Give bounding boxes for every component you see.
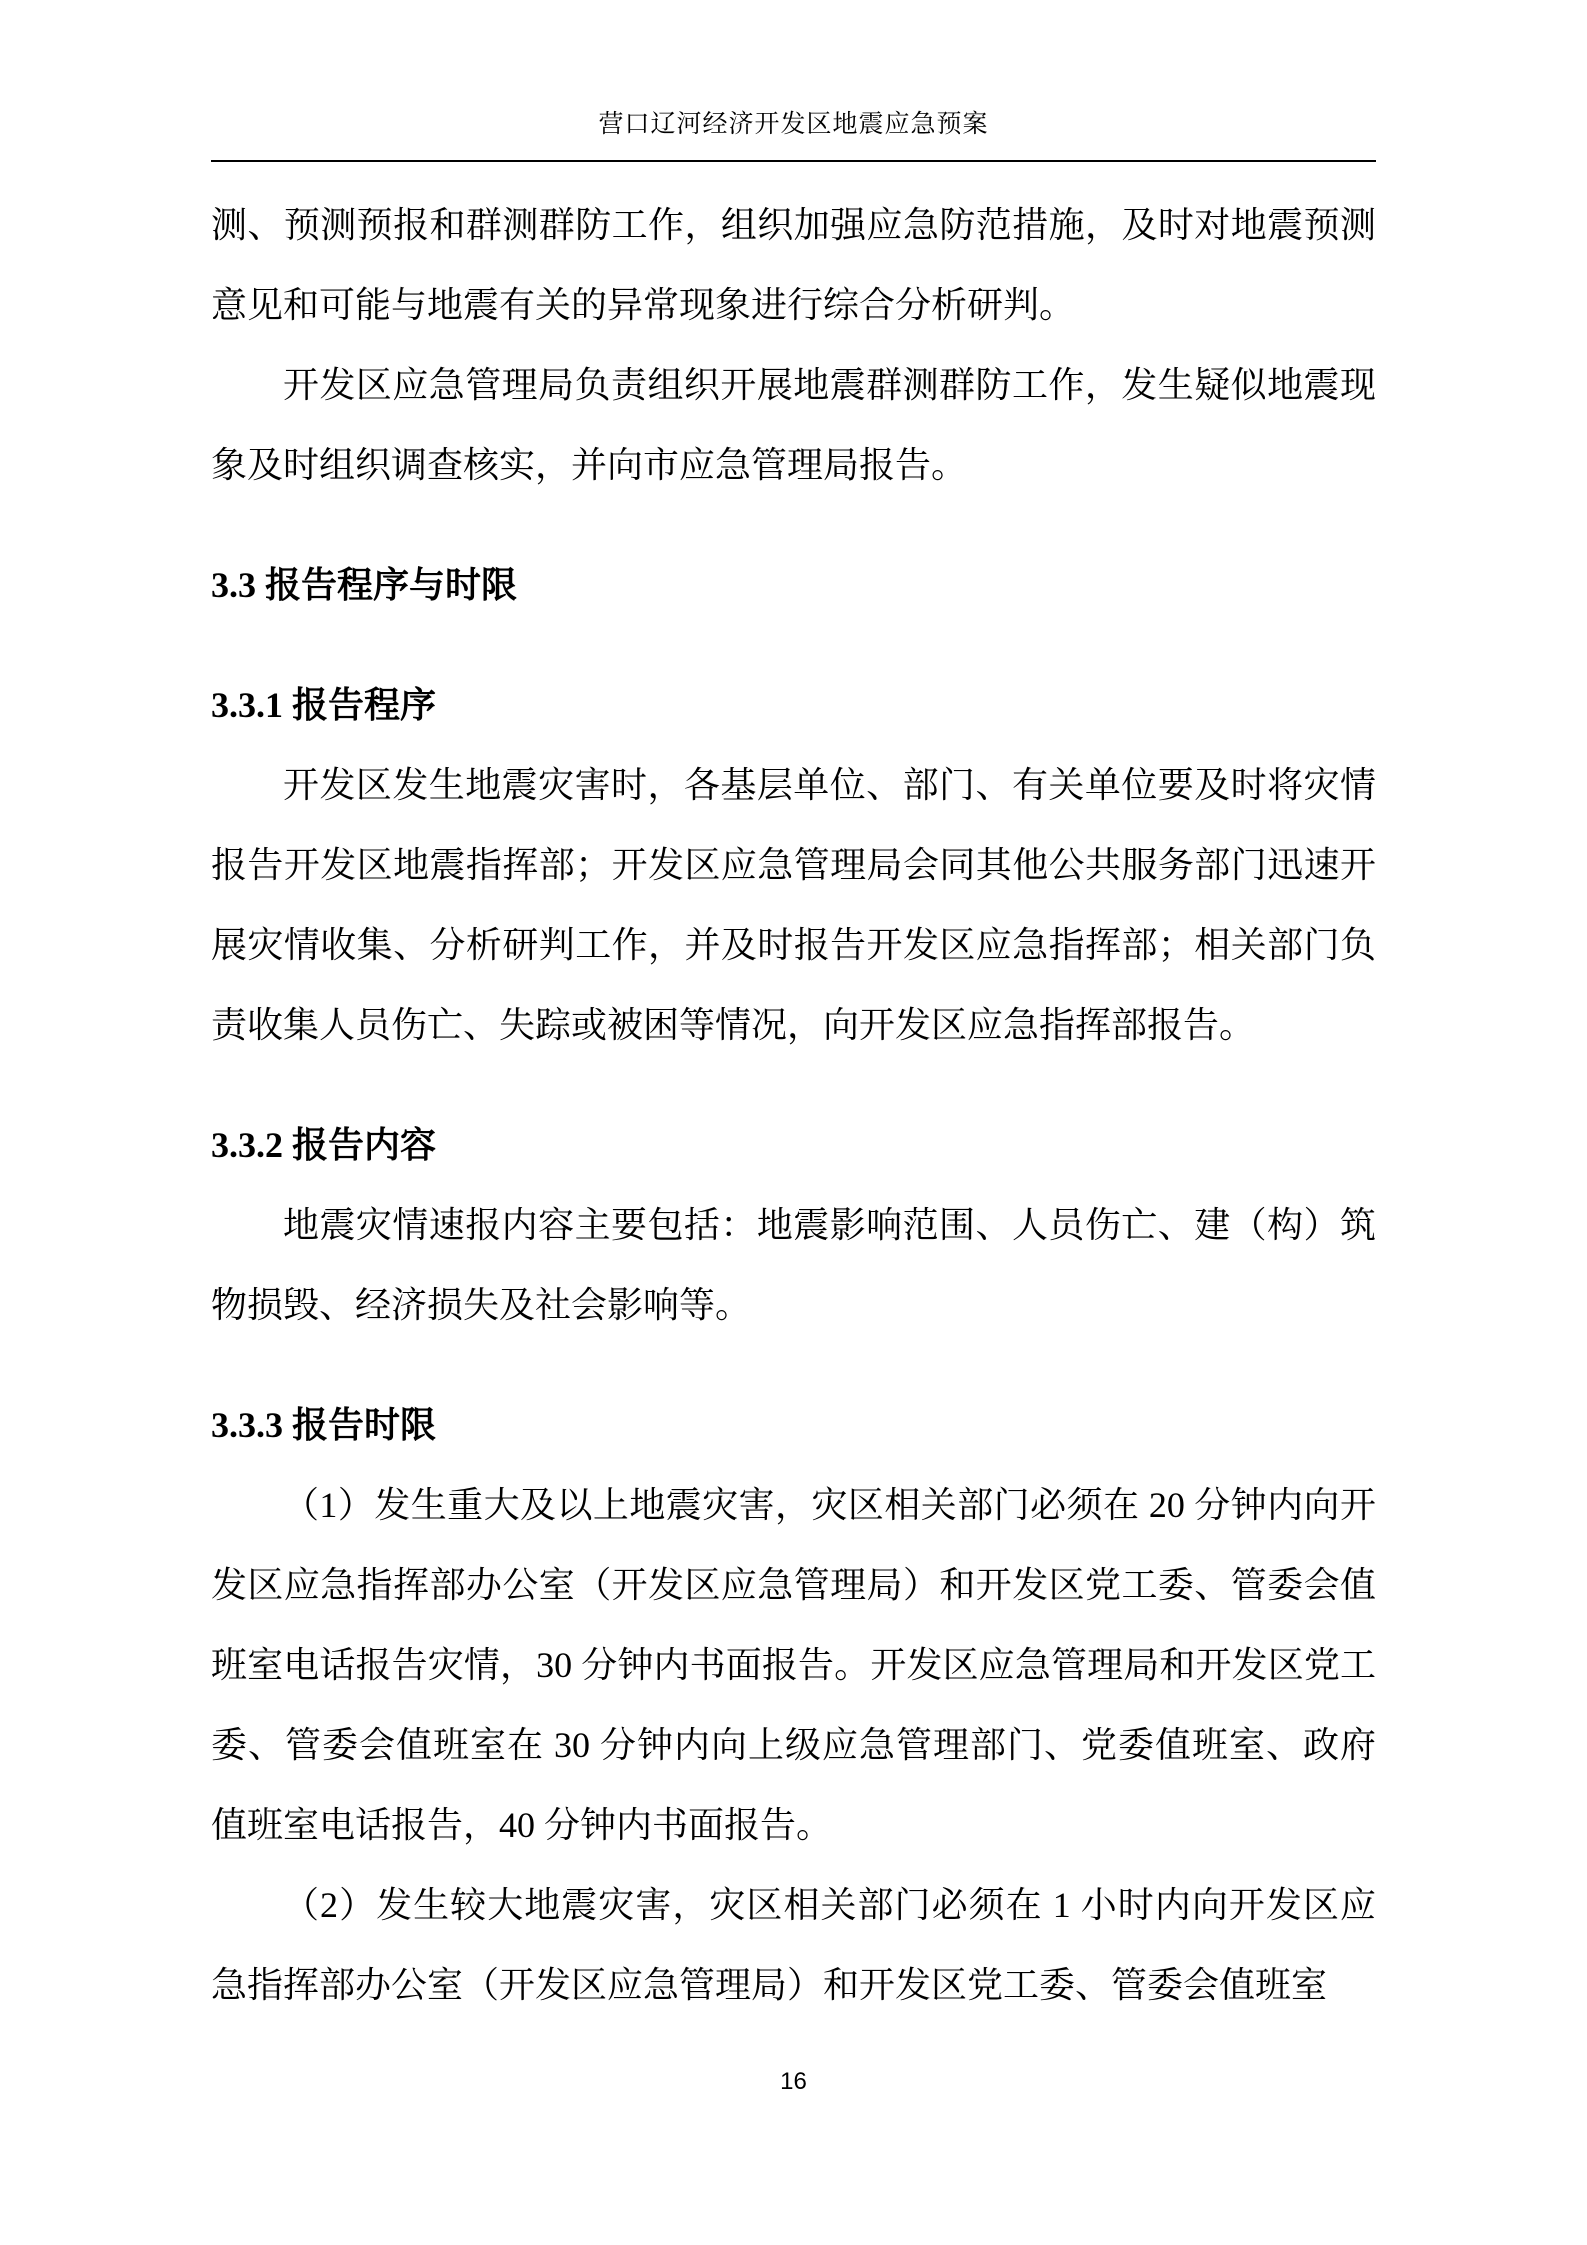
- paragraph-time-limit-2: （2）发生较大地震灾害，灾区相关部门必须在 1 小时内向开发区应急指挥部办公室（…: [211, 1865, 1376, 2025]
- paragraph-time-limit-1: （1）发生重大及以上地震灾害，灾区相关部门必须在 20 分钟内向开发区应急指挥部…: [211, 1465, 1376, 1865]
- paragraph-group-monitoring: 开发区应急管理局负责组织开展地震群测群防工作，发生疑似地震现象及时组织调查核实，…: [211, 345, 1376, 505]
- page-number: 16: [0, 2062, 1587, 2102]
- section-heading-3-3: 3.3 报告程序与时限: [211, 545, 1376, 625]
- page-header-title: 营口辽河经济开发区地震应急预案: [211, 108, 1376, 142]
- paragraph-prediction-continuation: 测、预测预报和群测群防工作，组织加强应急防范措施，及时对地震预测意见和可能与地震…: [211, 185, 1376, 345]
- document-page: 营口辽河经济开发区地震应急预案 测、预测预报和群测群防工作，组织加强应急防范措施…: [0, 0, 1587, 2245]
- paragraph-report-content: 地震灾情速报内容主要包括：地震影响范围、人员伤亡、建（构）筑物损毁、经济损失及社…: [211, 1185, 1376, 1345]
- header-rule: [211, 160, 1376, 162]
- paragraph-report-procedure: 开发区发生地震灾害时，各基层单位、部门、有关单位要及时将灾情报告开发区地震指挥部…: [211, 745, 1376, 1065]
- section-heading-3-3-2: 3.3.2 报告内容: [211, 1105, 1376, 1185]
- section-heading-3-3-1: 3.3.1 报告程序: [211, 665, 1376, 745]
- section-heading-3-3-3: 3.3.3 报告时限: [211, 1385, 1376, 1465]
- document-body: 测、预测预报和群测群防工作，组织加强应急防范措施，及时对地震预测意见和可能与地震…: [211, 185, 1376, 2025]
